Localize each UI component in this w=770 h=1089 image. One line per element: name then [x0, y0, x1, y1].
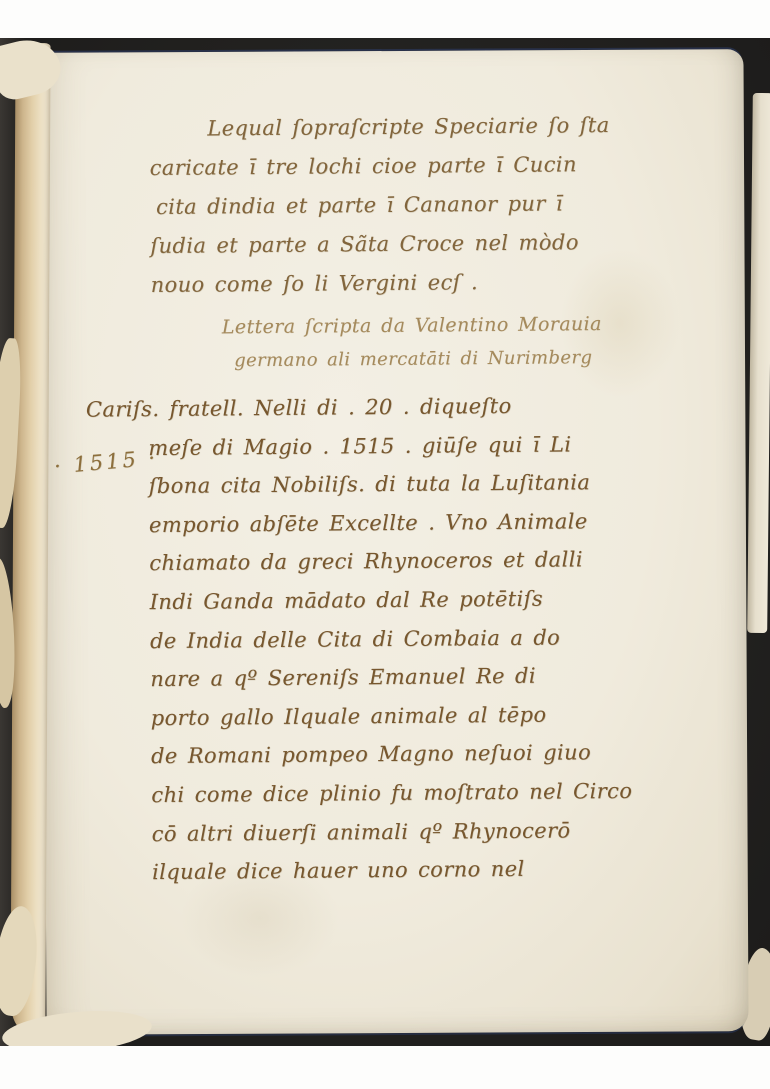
text-line: nouo come ſo li Vergini ecſ . — [151, 262, 612, 305]
screenshot-frame: Lequal ſopraſcripte Speciarie ſo ſta car… — [0, 0, 770, 1089]
text-line: ſbona cita Nobiliſs. di tuta la Luſitani… — [148, 463, 629, 506]
text-line: Cariſs. fratell. Nelli di . 20 . diqueſt… — [86, 386, 629, 429]
letter-body: Cariſs. fratell. Nelli di . 20 . diqueſt… — [148, 386, 633, 892]
text-line: Lequal ſopraſcripte Speciarie ſo ſta — [149, 106, 610, 149]
text-line: ilquale dice hauer uno corno nel — [152, 849, 633, 892]
text-line: meſe di Magio . 1515 . giūſe qui ī Li — [148, 425, 629, 468]
text-line: emporio abſēte Excellte . Vno Animale — [149, 502, 630, 545]
next-page-fore-edge — [747, 93, 770, 633]
text-line: cita dindia et parte ī Cananor pur ī — [150, 184, 611, 227]
book-photo: Lequal ſopraſcripte Speciarie ſo ſta car… — [0, 38, 770, 1046]
text-line: de Romani pompeo Magno neſuoi giuo — [151, 733, 632, 776]
text-line: nare a qº Sereniſs Emanuel Re di — [150, 656, 631, 699]
letter-heading: Lettera ſcripta da Valentino Morauia ger… — [150, 308, 603, 378]
text-line: porto gallo Ilquale animale al tēpo — [151, 695, 632, 738]
binding-page-edges — [10, 43, 50, 1030]
heading-line: germano ali mercatāti di Nurimberg — [150, 341, 602, 378]
text-line: de India delle Cita di Combaia a do — [150, 617, 631, 660]
top-paragraph: Lequal ſopraſcripte Speciarie ſo ſta car… — [149, 106, 611, 305]
heading-line: Lettera ſcripta da Valentino Morauia — [150, 308, 602, 345]
text-line: chiamato da greci Rhynoceros et dalli — [149, 540, 630, 583]
text-line: cō altri diuerſi animali qº Rhynocerō — [152, 810, 633, 853]
text-line: caricate ī tre lochi cioe parte ī Cucin — [149, 145, 610, 188]
text-line: ſudia et parte a Sãta Croce nel mòdo — [150, 223, 611, 266]
text-line: chi come dice plinio fu moſtrato nel Cir… — [151, 772, 632, 815]
text-line: Indi Ganda mādato dal Re potētiſs — [150, 579, 631, 622]
